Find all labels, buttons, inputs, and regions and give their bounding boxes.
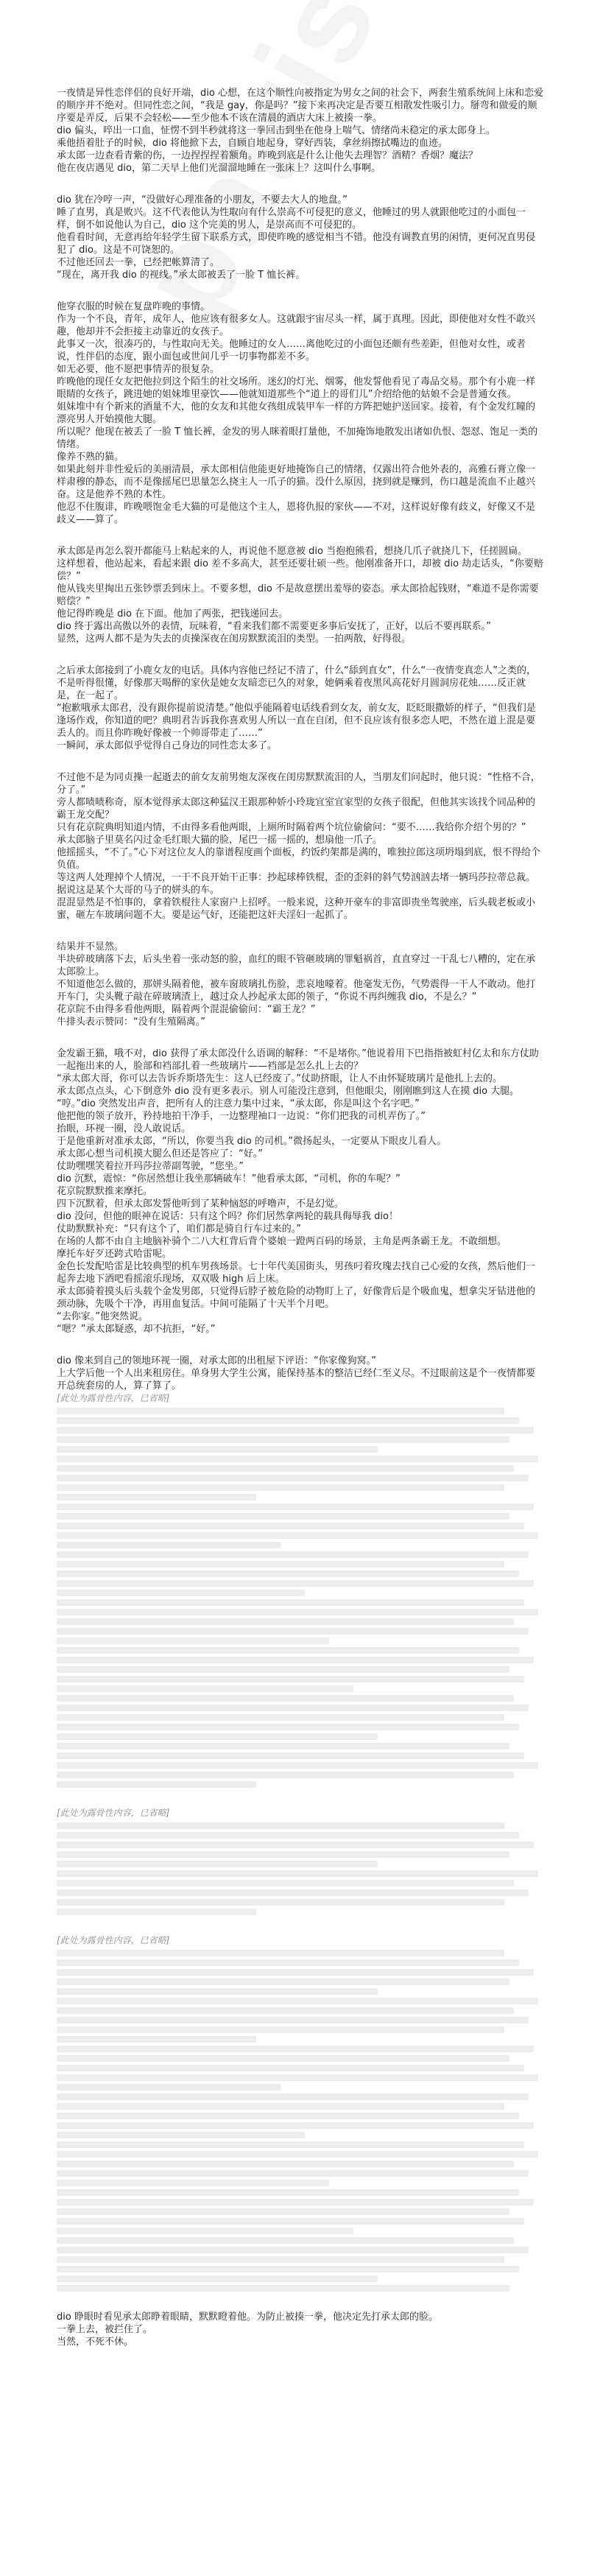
redacted-line (57, 2017, 529, 2024)
story-paragraph: 作为一个不良，青年，成年人，他应该有很多女人。这就跟宇宙尽头一样，属于真理。因此… (57, 313, 543, 338)
story-section: 他穿衣服的时候在复盘昨晚的事情。 作为一个不良，青年，成年人，他应该有很多女人。… (57, 301, 543, 526)
redacted-line (57, 1408, 504, 1414)
redacted-line (57, 1861, 378, 1867)
redacted-line (57, 2094, 529, 2100)
story-paragraph: 承太郎点点头，心下倒意外 dio 没有更多表示。别人可能没注意到，但他眼尖，刚刚… (57, 1085, 543, 1098)
story-paragraph: 乘他捂着肚子的时候，dio 将他掀下去，自顾自地起身，穿好西装，拿丝绢擦拭嘴边的… (57, 137, 543, 150)
story-paragraph: dio 睁眼时看见承太郎睁着眼睛，默默瞪着他。为防止被揍一拳，他决定先打承太郎的… (57, 2311, 543, 2323)
redacted-label: [此处为露骨性内容，已省略] (57, 1934, 543, 1947)
redacted-line (57, 1618, 514, 1625)
redacted-label: [此处为露骨性内容，已省略] (57, 1807, 543, 1819)
redacted-line (57, 1580, 534, 1587)
redacted-line (57, 1851, 509, 1858)
story-paragraph: “去你家。”他突然说。 (57, 1310, 543, 1323)
story-paragraph: 他把他的领子放开，矜持地拍干净手，一边整理袖口一边说：“你们把我的司机弄伤了。” (57, 1110, 543, 1123)
story-section: dio 像来到自己的领地环视一圈，对承太郎的出租屋下评语：“你家像狗窝。” 上大… (57, 1355, 543, 1392)
story-paragraph: 花京院不由得多看他两眼，隔着两个混混偷偷问：“霸王龙？” (57, 1003, 543, 1016)
redacted-line (57, 1762, 538, 1769)
redacted-line (57, 1988, 378, 1995)
story-paragraph: 此事又一次，很凑巧的，与性取向无关。他睡过的女人……离他吃过的小面包还颇有些差距… (57, 338, 543, 363)
redacted-line (57, 2228, 353, 2234)
redacted-content-block: [此处为露骨性内容，已省略] (57, 1807, 543, 1915)
redacted-label: [此处为露骨性内容，已省略] (57, 1392, 543, 1405)
redacted-line (57, 1676, 524, 1682)
story-paragraph: 混混显然是不怕事的，拿着铁棍往人家窗户上招呼。一般来说，这种开豪车的非富即贵坐驾… (57, 896, 543, 922)
redacted-line (57, 1998, 538, 2004)
story-paragraph: 这样想着，他站起来，看起来跟 dio 差不多高大，甚至还要壮硕一些。他刚准备开口… (57, 558, 543, 583)
redacted-line (57, 1705, 529, 1711)
story-paragraph: 如果此刻并非性爱后的美丽清晨，承太郎相信他能更好地掩饰自己的情绪，仅露出符合他外… (57, 463, 543, 501)
redacted-line (57, 1752, 524, 1759)
redacted-line (57, 2285, 509, 2292)
redacted-line (57, 2113, 519, 2119)
redacted-line (57, 1909, 256, 1915)
story-paragraph: dio 没问，但他的眼神在说话：只有这个吗？你们居然拿两轮的载具侮辱我 dio！ (57, 1210, 543, 1223)
redacted-line (57, 1532, 538, 1539)
redacted-line (57, 1570, 519, 1577)
story-paragraph: 只有花京院典明知道内情，不由得多看他两眼，上厕所时隔着两个坑位偷偷问：“要不……… (57, 821, 543, 834)
story-paragraph: 之后承太郎接到了小鹿女友的电话。具体内容他已经记不清了，什么“舔到直女”，什么“… (57, 664, 543, 702)
story-section: 结果并不显然。 半块碎玻璃落下去，后头坐着一张动怒的脸，血红的眼不管砸玻璃的罪魁… (57, 941, 543, 1028)
redacted-line (57, 2189, 519, 2196)
story-section: 之后承太郎接到了小鹿女友的电话。具体内容他已经记不清了，什么“舔到直女”，什么“… (57, 664, 543, 752)
redacted-line (57, 1542, 281, 1548)
redacted-line (57, 1899, 504, 1906)
story-paragraph: 承太郎是再怎么裂开都能马上粘起来的人，再说他不愿意被 dio 当抱抱熊看，想挠几… (57, 545, 543, 558)
redacted-line (57, 2256, 504, 2263)
story-paragraph: 他穿衣服的时候在复盘昨晚的事情。 (57, 301, 543, 313)
redacted-line (57, 2132, 305, 2138)
redacted-line (57, 1832, 519, 1839)
story-section: 金发霸王猫，哦不对，dio 获得了承太郎没什么语调的解释：“不是堵你。”他说着用… (57, 1047, 543, 1336)
story-paragraph: 四下沉默着，但承太郎发誓他听到了某种恼怒的呼噜声，不是幻觉。 (57, 1198, 543, 1210)
redacted-line (57, 1657, 534, 1663)
redacted-line (57, 2141, 524, 2148)
redacted-line (57, 2275, 378, 2282)
story-paragraph: 承太郎心想当司机摸大腿么但还是答应了：“好。” (57, 1148, 543, 1160)
redacted-line (57, 2036, 256, 2043)
redacted-line (57, 1446, 378, 1453)
redacted-line (57, 2237, 514, 2244)
redacted-line (57, 1456, 538, 1462)
redacted-line (57, 1950, 504, 1956)
story-section: 不过他不是为同贞操一起逝去的前女友前男炮友深夜在闺房默默流泪的人，当朋友们问起时… (57, 771, 543, 922)
story-paragraph: 当然，不死不休。 (57, 2336, 543, 2348)
story-paragraph: 像养不熟的猫。 (57, 451, 543, 463)
redacted-line (57, 2007, 514, 2014)
story-paragraph: 姐妹堆中有个新来的酒量不大，他的女友和其他女孩组成装甲车一样的方阵把她护送回家。… (57, 401, 543, 426)
story-paragraph: “承太郎大哥，你可以去告诉乔斯塔先生：这人已经废了。”仗助挤眼，让人不由怀疑玻璃… (57, 1073, 543, 1085)
redacted-line (57, 1523, 524, 1529)
story-paragraph: 他看看时间，无意再给年轻学生留下联系方式，即使昨晚的感觉相当不错。他没有调教直男… (57, 231, 543, 256)
story-paragraph: 一拳上去，被拦住了。 (57, 2323, 543, 2336)
redacted-line (57, 1628, 529, 1635)
story-paragraph: 仗助嘿嘿笑着拉开玛莎拉蒂副驾驶，“您坐。” (57, 1160, 543, 1173)
redacted-line (57, 2266, 519, 2273)
story-paragraph: 不过他不是为同贞操一起逝去的前女友前男炮友深夜在闺房默默流泪的人，当朋友们问起时… (57, 771, 543, 796)
redacted-line (57, 2046, 534, 2052)
story-paragraph: 在场的人都不由自主地脑补骑个二八大杠背后背个婆娘一蹬两百码的场景，主角是两条霸王… (57, 1235, 543, 1248)
story-paragraph: 不过他还回去一拳，已经把帐算清了。 (57, 256, 543, 269)
story-paragraph: 如无必要，他不愿把事情弄的很复杂。 (57, 363, 543, 376)
story-paragraph: 半块碎玻璃落下去，后头坐着一张动怒的脸，血红的眼不管砸玻璃的罪魁祸首，直直穿过一… (57, 953, 543, 978)
redacted-line (57, 1685, 353, 1692)
story-paragraph: 结果并不显然。 (57, 941, 543, 953)
redacted-line (57, 1484, 504, 1491)
story-paragraph: 牛排头表示赞同：“没有生殖隔离。” (57, 1016, 543, 1028)
redacted-line (57, 1513, 509, 1520)
story-paragraph: dio 犹在冷哼一声，“没做好心理准备的小朋友，不要去大人的地盘。” (57, 194, 543, 206)
story-paragraph: 不知道他怎么做的，那姘头隔着他，被车窗玻璃扎伤脸，悲哀地嚎着。他毫发无伤，气势震… (57, 978, 543, 1003)
redacted-line (57, 2074, 538, 2081)
redacted-line (57, 1969, 534, 1976)
redacted-line (57, 2103, 504, 2110)
redacted-line (57, 1724, 519, 1730)
story-paragraph: 旁人都啧啧称奇，原本觉得承太郎这种猛汉王跟那种娇小玲珑宜室宜家型的女孩子很配，但… (57, 796, 543, 821)
story-paragraph: dio 像来到自己的领地环视一圈，对承太郎的出租屋下评语：“你家像狗窝。” (57, 1355, 543, 1367)
story-paragraph: 他从钱夹里掏出五张钞票丢到床上。不要多想，dio 不是故意摆出羞辱的姿态。承太郎… (57, 583, 543, 608)
redacted-line (57, 1772, 514, 1778)
redacted-line (57, 2026, 504, 2033)
redacted-line (57, 2180, 329, 2186)
redacted-line (57, 1979, 509, 1985)
redacted-content-block: [此处为露骨性内容，已省略] (57, 1934, 543, 2292)
story-paragraph: dio 沉默，震惊：“你居然想让我坐那辆破车！”他看承太郎，“司机，你的车呢？” (57, 1173, 543, 1185)
story-paragraph: 承太郎一边查看青紫的伤，一边捏捏捏着额角。昨晚到底是什么让他失去理智？酒精？香烟… (57, 150, 543, 162)
story-paragraph: 于是他重新对准承太郎，“所以，你要当我 dio 的司机。”微扬起头，一定要从下眼… (57, 1135, 543, 1148)
redacted-line (57, 2151, 538, 2158)
redacted-lines (57, 1822, 543, 1915)
redacted-line (57, 1842, 534, 1848)
story-section: 一夜情是异性恋伴侣的良好开端，dio 心想，在这个顺性向被指定为男女之间的社会下… (57, 87, 543, 175)
redacted-line (57, 1599, 524, 1606)
redacted-line (57, 1695, 514, 1702)
redacted-line (57, 1494, 256, 1501)
story-paragraph: 金色长发配哈雷是比较典型的机车男孩场景。七十年代美国街头，男孩叼着玫瑰去找自己心… (57, 1260, 543, 1285)
story-paragraph: 一夜情是异性恋伴侣的良好开端，dio 心想，在这个顺性向被指定为男女之间的社会下… (57, 87, 543, 124)
story-paragraph: 睡了直男，真是败兴。这不代表他认为性取向有什么崇高不可侵犯的意义，他睡过的男人就… (57, 206, 543, 231)
redacted-line (57, 1647, 519, 1654)
story-paragraph: 他记得昨晚是 dio 在下面。他加了两张，把钱递回去。 (57, 608, 543, 620)
redacted-line (57, 1870, 538, 1877)
story-paragraph: 他在夜店遇见 dio，第二天早上他们光溜溜地睡在一张床上？这叫什么事啊。 (57, 162, 543, 175)
story-paragraph: 花京院默默推来摩托。 (57, 1185, 543, 1198)
redacted-line (57, 1959, 519, 1966)
story-paragraph: 摩托车好歹还跨式哈雷呢。 (57, 1248, 543, 1260)
redacted-line (57, 2084, 281, 2091)
story-paragraph: 承太郎骑着摸头后头载个金发男郎，只觉得后脖子被危险的动物盯上了，好像背后是个吸血… (57, 1285, 543, 1310)
redacted-line (57, 2199, 534, 2205)
redacted-line (57, 1417, 519, 1424)
redacted-lines (57, 1408, 543, 1788)
redacted-line (57, 1889, 529, 1896)
redacted-lines (57, 1950, 543, 2292)
story-paragraph: dio 偏头，啐出一口血，怔愣不到半秒就将这一拳回击到坐在他身上喘气、情绪尚未稳… (57, 124, 543, 137)
story-paragraph: “现在，离开我 dio 的视线。”承太郎被丢了一脸 T 恤长裤。 (57, 269, 543, 281)
document-page: patrisow 一夜情是异性恋伴侣的良好开端，dio 心想，在这个顺性向被指定… (0, 0, 589, 2576)
redacted-line (57, 1590, 305, 1596)
redacted-line (57, 1743, 509, 1749)
redacted-line (57, 1714, 504, 1721)
redacted-line (57, 1822, 504, 1829)
story-paragraph: dio 终于露出高傲以外的表情，玩味着，“看来我们都不需要更多事后安抚了，正好，… (57, 620, 543, 633)
redacted-line (57, 1465, 514, 1472)
redacted-line (57, 1475, 529, 1481)
redacted-line (57, 2055, 509, 2062)
redacted-line (57, 1427, 534, 1433)
story-paragraph: “嗯？”承太郎疑惑，却不抗拒，“好。” (57, 1323, 543, 1336)
story-paragraph: 抬眼，环视一圈，没人敢说话。 (57, 1123, 543, 1135)
story-paragraph: 等这两人处理掉个人情况，一干不良开始干正事：抄起球棒铁棍，歪的歪斜的斜气势汹汹去… (57, 871, 543, 896)
story-paragraph: 显然，这两人都不是为失去的贞操深夜在闺房默默流泪的类型。一拍两散，好得很。 (57, 633, 543, 645)
redacted-line (57, 1666, 509, 1673)
redacted-line (57, 2065, 524, 2071)
story-section-closing: dio 睁眼时看见承太郎睁着眼睛，默默瞪着他。为防止被揍一拳，他决定先打承太郎的… (57, 2311, 543, 2348)
redacted-line (57, 2218, 524, 2225)
redacted-line (57, 2208, 509, 2215)
story-paragraph: 上大学后他一个人出来租房住。单身男大学生公寓，能保持基本的整洁已经仁至义尽。不过… (57, 1367, 543, 1392)
redacted-line (57, 1781, 256, 1788)
story-paragraph: 金发霸王猫，哦不对，dio 获得了承太郎没什么语调的解释：“不是堵你。”他说着用… (57, 1047, 543, 1073)
redacted-line (57, 2247, 529, 2253)
redacted-line (57, 1561, 504, 1568)
story-paragraph: 他忍不住腹诽，昨晚喂饱金毛大猫的可是他这个主人，恩将仇报的家伙——不对，这样说好… (57, 501, 543, 526)
redacted-line (57, 1638, 329, 1644)
story-paragraph: 一瞬间，承太郎似乎觉得自己身边的同性恋太多了。 (57, 740, 543, 752)
story-paragraph: 承太郎脑子里莫名闪过金毛红眼大猫的脸，尾巴一摇一摇的，想扇他一爪子。 (57, 834, 543, 846)
story-paragraph: 所以呢？他现在被丢了一脸 T 恤长裤，金发的男人眯着眼打量他，不加掩饰地散发出诸… (57, 426, 543, 451)
redacted-line (57, 2170, 529, 2177)
redacted-line (57, 1733, 378, 1740)
redacted-line (57, 1436, 509, 1443)
redacted-line (57, 1551, 529, 1558)
story-section: dio 犹在冷哼一声，“没做好心理准备的小朋友，不要去大人的地盘。” 睡了直男，… (57, 194, 543, 281)
story-paragraph: 仗助默默补充：“只有这个了，咱们都是骑自行车过来的。” (57, 1223, 543, 1235)
redacted-line (57, 1880, 514, 1887)
story-section: 承太郎是再怎么裂开都能马上粘起来的人，再说他不愿意被 dio 当抱抱熊看，想挠几… (57, 545, 543, 645)
redacted-line (57, 2122, 534, 2129)
redacted-line (57, 2161, 514, 2167)
redacted-line (57, 1609, 538, 1615)
story-paragraph: “哼。”dio 突然发出声音，把所有人的注意力集中过来，“承太郎，你是叫这个名字… (57, 1098, 543, 1110)
story-paragraph: “抱歉哦承太郎君，没有跟你提前说清楚。”他似乎能隔着电话线看到女友，前女友，眨眨… (57, 702, 543, 740)
story-paragraph: 昨晚他的现任女友把他拉到这个陌生的社交场所。迷幻的灯光、烟雾，他发誓他看见了毒品… (57, 376, 543, 401)
redacted-line (57, 1503, 534, 1510)
story-paragraph: 他摇摇头，“不了。”心下对这位友人的靠谱程度画个面板，约饭约架都是满的，唯独拉郎… (57, 846, 543, 871)
redacted-content-block: [此处为露骨性内容，已省略] (57, 1392, 543, 1788)
